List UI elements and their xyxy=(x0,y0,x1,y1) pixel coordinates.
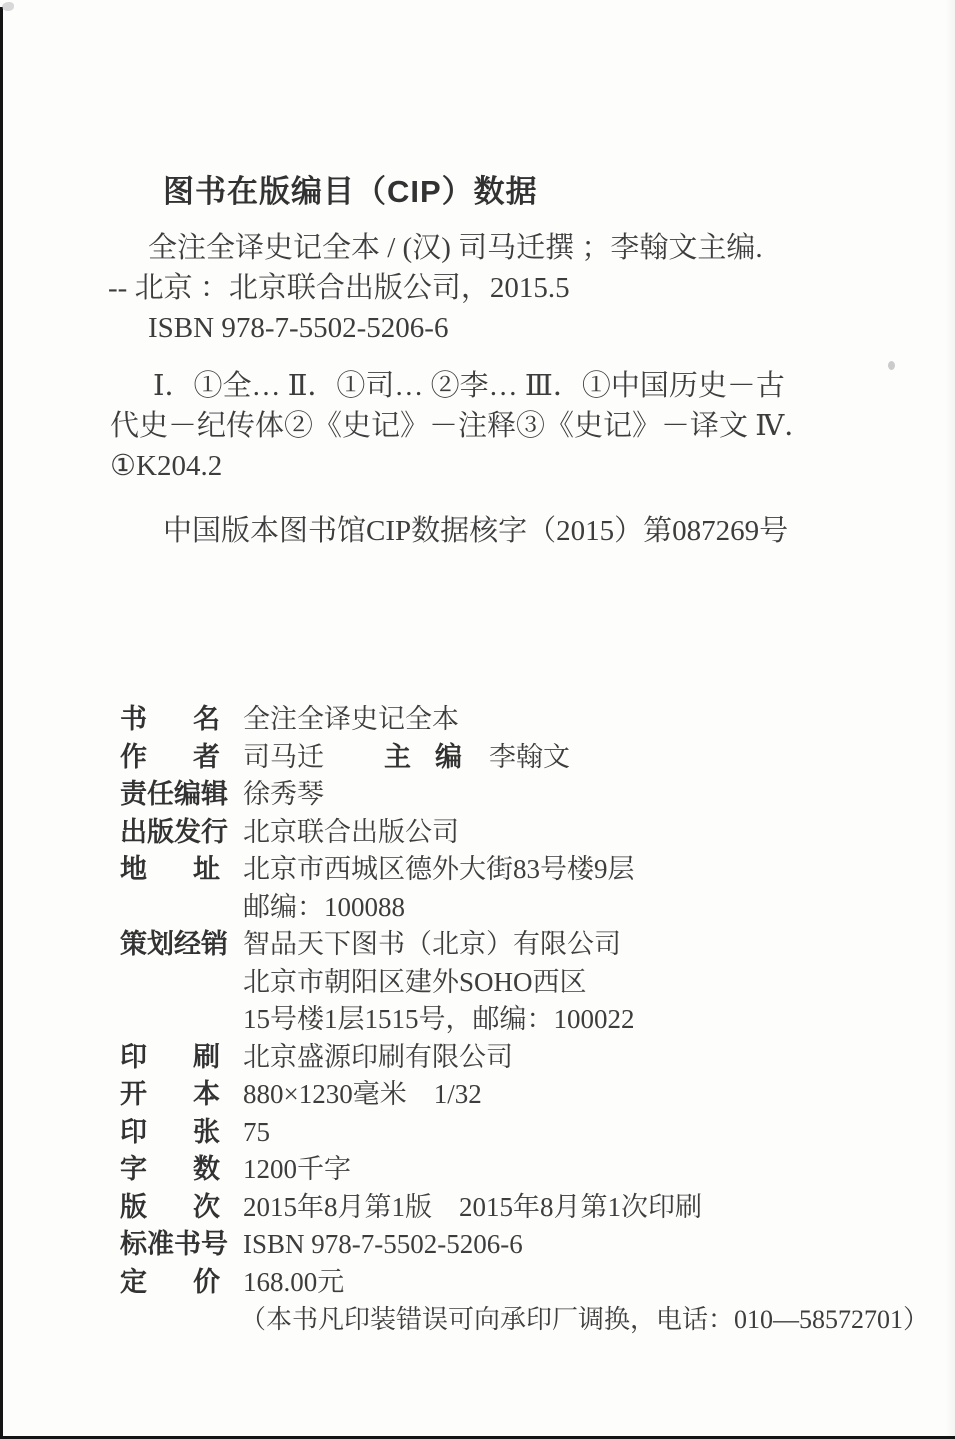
colophon-row-value: 智品天下图书（北京）有限公司 xyxy=(243,926,621,964)
colophon-row-value: 徐秀琴 xyxy=(243,776,324,814)
scan-right-shade xyxy=(945,0,955,1439)
colophon-row-value: 880×1230毫米 1/32 xyxy=(243,1076,482,1114)
colophon-row-value: 北京市西城区德外大街83号楼9层 xyxy=(243,851,635,889)
colophon-row-value: 168.00元 xyxy=(243,1264,344,1302)
colophon-row-label: 印张 xyxy=(120,1114,220,1152)
cip-record-line: 全注全译史记全本 / (汉) 司马迁撰 ；李翰文主编. xyxy=(108,228,763,268)
cip-heading: 图书在版编目（CIP）数据 xyxy=(163,166,538,211)
colophon-row-label-editor: 主编 xyxy=(384,739,462,777)
colophon-row-value: 司马迁 xyxy=(243,739,384,777)
colophon-row-label: 开本 xyxy=(120,1076,220,1114)
cip-record-line: ISBN 978-7-5502-5206-6 xyxy=(108,308,763,348)
cip-classification-line: 代史－纪传体②《史记》－注释③《史记》－译文 Ⅳ． xyxy=(110,406,813,446)
colophon-row-value: 全注全译史记全本 xyxy=(243,701,459,739)
colophon-row-label: 作者 xyxy=(120,739,220,777)
colophon-row-sheets: 印张75 xyxy=(120,1114,900,1152)
colophon-row-value: 北京市朝阳区建外SOHO西区 xyxy=(243,964,587,1002)
misprint-exchange-note: （本书凡印装错误可向承印厂调换，电话：010—58572701） xyxy=(120,1301,900,1339)
cip-classification-block: Ⅰ．①全… Ⅱ．①司… ②李… Ⅲ．①中国历史－古 代史－纪传体②《史记》－注释… xyxy=(110,366,813,486)
colophon-row-label: 策划经销 xyxy=(120,926,220,964)
colophon-row-managing-editor: 责任编辑徐秀琴 xyxy=(120,776,900,814)
colophon-row-printer: 印刷北京盛源印刷有限公司 xyxy=(120,1039,900,1077)
colophon-row-value: 75 xyxy=(243,1114,270,1152)
scan-left-edge xyxy=(0,7,3,1439)
colophon-row-distributor: 策划经销智品天下图书（北京）有限公司 xyxy=(120,926,900,964)
colophon-row-label: 字数 xyxy=(120,1151,220,1189)
colophon-table: 书名全注全译史记全本 作者司马迁主编李翰文 责任编辑徐秀琴 出版发行北京联合出版… xyxy=(120,701,900,1339)
colophon-row-publisher: 出版发行北京联合出版公司 xyxy=(120,814,900,852)
cip-classification-line: ①K204.2 xyxy=(110,446,813,486)
colophon-row-value: 2015年8月第1版 2015年8月第1次印刷 xyxy=(243,1189,702,1227)
colophon-row-distributor-address: 北京市朝阳区建外SOHO西区 xyxy=(120,964,900,1002)
colophon-row-label: 定价 xyxy=(120,1264,220,1302)
cip-copyright-page: 图书在版编目（CIP）数据 全注全译史记全本 / (汉) 司马迁撰 ；李翰文主编… xyxy=(0,0,955,1439)
colophon-row-isbn: 标准书号ISBN 978-7-5502-5206-6 xyxy=(120,1226,900,1264)
scan-speck xyxy=(888,361,895,370)
colophon-row-distributor-address2: 15号楼1层1515号，邮编：100022 xyxy=(120,1001,900,1039)
colophon-row-label: 出版发行 xyxy=(120,814,220,852)
colophon-row-label: 印刷 xyxy=(120,1039,220,1077)
colophon-row-label: 地址 xyxy=(120,851,220,889)
cip-registry-line: 中国版本图书馆CIP数据核字（2015）第087269号 xyxy=(163,508,788,549)
colophon-row-format: 开本880×1230毫米 1/32 xyxy=(120,1076,900,1114)
colophon-row-label: 书名 xyxy=(120,701,220,739)
colophon-row-value: 1200千字 xyxy=(243,1151,351,1189)
colophon-row-price: 定价168.00元 xyxy=(120,1264,900,1302)
colophon-row-value: 北京盛源印刷有限公司 xyxy=(243,1039,513,1077)
cip-record-block: 全注全译史记全本 / (汉) 司马迁撰 ；李翰文主编. -- 北京 ：北京联合出… xyxy=(108,228,763,348)
scan-corner-smudge xyxy=(2,2,14,11)
colophon-row-label: 责任编辑 xyxy=(120,776,220,814)
colophon-row-edition: 版次2015年8月第1版 2015年8月第1次印刷 xyxy=(120,1189,900,1227)
colophon-row-label: 标准书号 xyxy=(120,1226,220,1264)
colophon-row-address-zip: 邮编：100088 xyxy=(120,889,900,927)
colophon-row-title: 书名全注全译史记全本 xyxy=(120,701,900,739)
cip-record-line: -- 北京 ：北京联合出版公司，2015.5 xyxy=(108,268,763,308)
colophon-row-value: 北京联合出版公司 xyxy=(243,814,459,852)
colophon-row-author: 作者司马迁主编李翰文 xyxy=(120,739,900,777)
colophon-row-value-editor: 李翰文 xyxy=(489,739,570,777)
colophon-row-label: 版次 xyxy=(120,1189,220,1227)
colophon-row-wordcount: 字数1200千字 xyxy=(120,1151,900,1189)
cip-classification-line: Ⅰ．①全… Ⅱ．①司… ②李… Ⅲ．①中国历史－古 xyxy=(110,366,813,406)
colophon-row-value: ISBN 978-7-5502-5206-6 xyxy=(243,1226,523,1264)
colophon-row-address: 地址北京市西城区德外大街83号楼9层 xyxy=(120,851,900,889)
colophon-row-value: 邮编：100088 xyxy=(243,889,405,927)
colophon-row-value: 15号楼1层1515号，邮编：100022 xyxy=(243,1001,635,1039)
